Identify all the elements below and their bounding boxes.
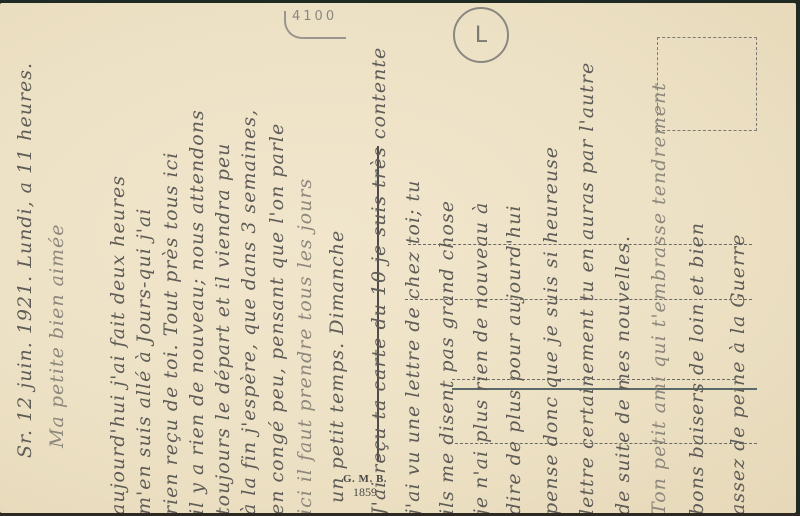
- publisher-number: 1859: [343, 486, 387, 499]
- message-line-2: Ma petite bien aimée: [46, 223, 68, 448]
- message-line-3: aujourd'hui j'ai fait deux heures: [107, 175, 129, 513]
- circled-letter-mark: L: [453, 7, 509, 63]
- publisher-imprint: G. M. B. 1859: [343, 473, 387, 499]
- address-side-line-11: assez de peine à la Guerre: [727, 234, 749, 513]
- stamp-placeholder-box: [657, 37, 757, 131]
- address-side-line-3: ils me disent pas grand chose: [436, 200, 458, 513]
- message-line-5: rien reçu de toi. Tout près tous ici: [160, 152, 182, 513]
- postcard: 4100 L Sr. 12 juin. 1921. Lundi, a 11 he…: [0, 3, 796, 513]
- message-line-4: m'en suis allé à Jours-qui j'ai: [133, 208, 155, 513]
- pencil-arc-mark: [284, 11, 346, 39]
- address-side-line-1: J'ai reçu ta carte du 10 je suis très co…: [368, 47, 390, 513]
- message-line-6: il y a rien de nouveau; nous attendons: [186, 109, 208, 513]
- circled-letter: L: [475, 23, 487, 48]
- message-line-9: en congé peu, pensant que l'on parle: [266, 123, 288, 513]
- address-side-line-7: lettre certainement tu en auras par l'au…: [576, 62, 598, 513]
- address-side-line-4: je n'ai plus rien de nouveau à: [470, 202, 492, 513]
- address-side-line-8: de suite de mes nouvelles.: [612, 235, 634, 513]
- message-line-1: Sr. 12 juin. 1921. Lundi, a 11 heures.: [14, 62, 36, 458]
- address-side-line-6: pense donc que je suis si heureuse: [540, 146, 562, 513]
- address-side-line-9: Ton petit ami qui t'embrasse tendrement: [648, 82, 670, 513]
- message-line-7: toujours le départ et il viendra peu: [212, 143, 234, 513]
- address-line-3-underline: [452, 388, 757, 390]
- address-side-line-5: dire de plus pour aujourd'hui: [503, 205, 525, 513]
- address-line-4: [455, 443, 757, 444]
- address-side-line-10: bons baisers de loin et bien: [686, 222, 708, 513]
- message-line-8: à la fin j'espère, que dans 3 semaines,: [238, 109, 260, 513]
- address-side-line-2: j'ai vu une lettre de chez toi; tu: [402, 180, 424, 513]
- catalog-number: 4100: [292, 9, 337, 24]
- message-line-10: ici il faut prendre tous les jours: [294, 178, 316, 513]
- message-line-11: un petit temps. Dimanche: [326, 230, 348, 503]
